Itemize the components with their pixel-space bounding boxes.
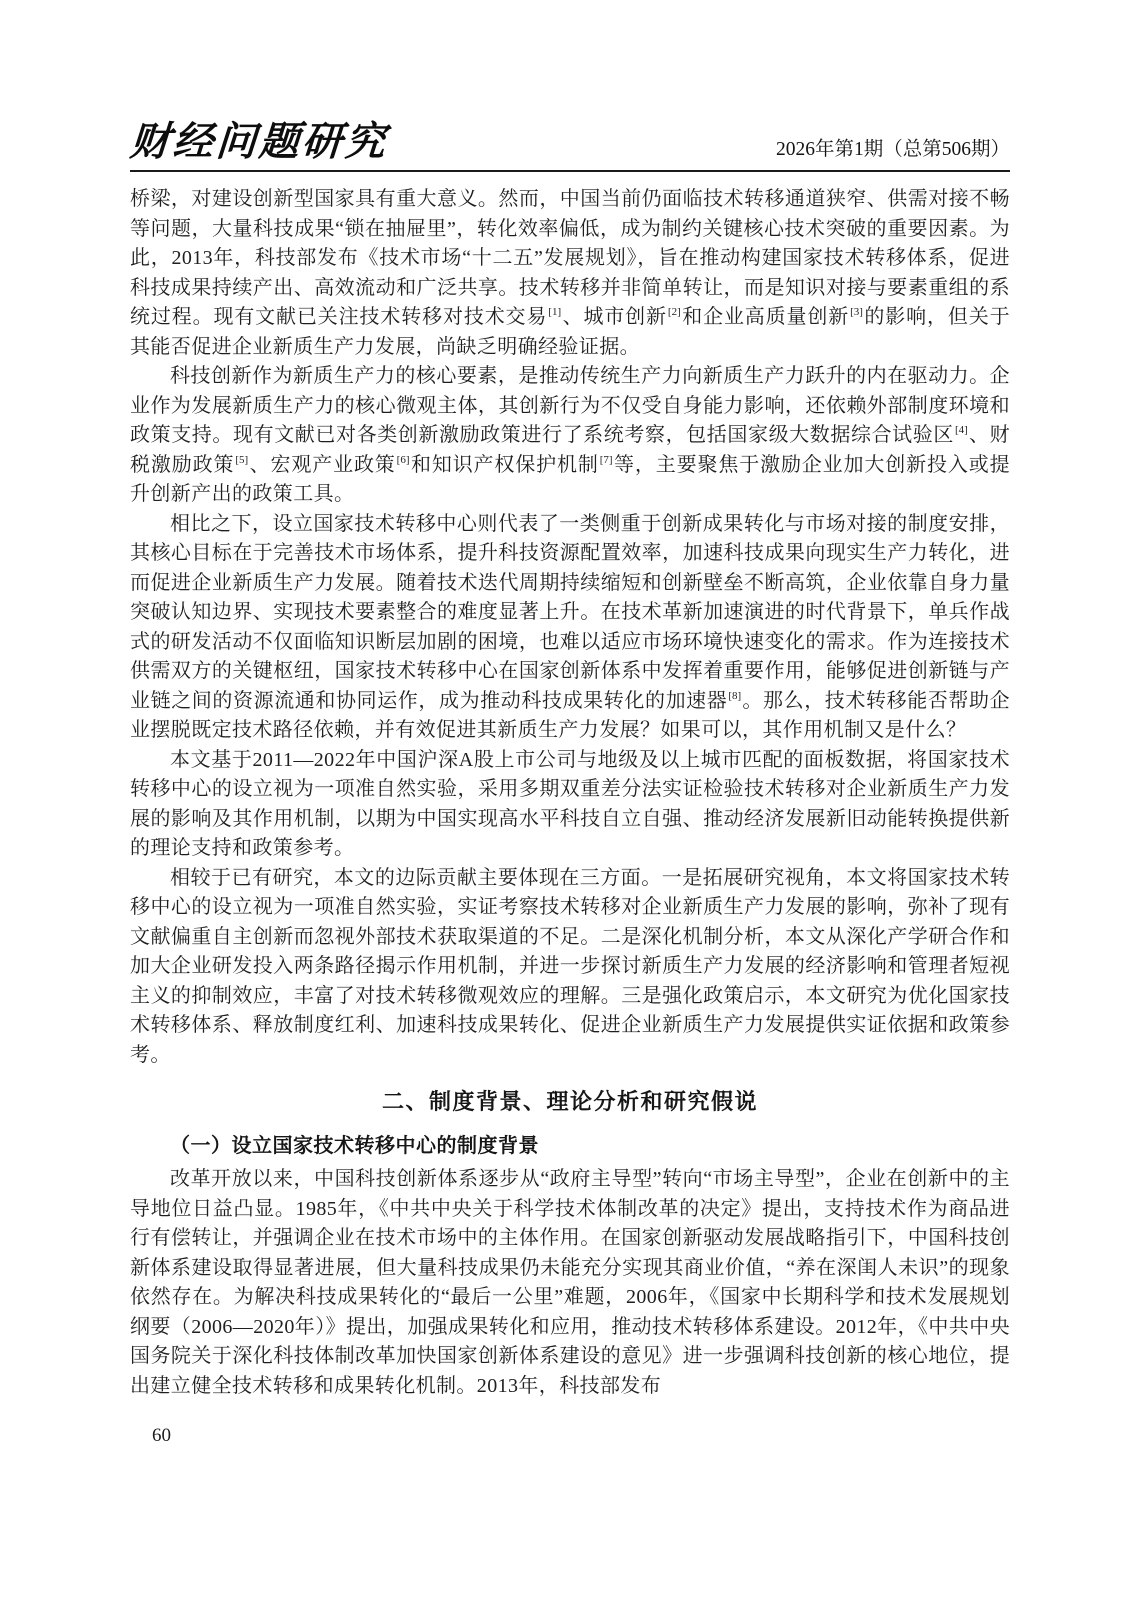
- citation-marker: [2]: [668, 306, 681, 318]
- citation-marker: [3]: [850, 306, 863, 318]
- page-number: 60: [152, 1425, 171, 1447]
- citation-marker: [7]: [600, 454, 613, 466]
- page-content: 财经问题研究 2026年第1期（总第506期） 桥梁，对建设创新型国家具有重大意…: [130, 0, 1010, 1401]
- citation-marker: [8]: [728, 690, 741, 702]
- issue-info: 2026年第1期（总第506期）: [776, 133, 1010, 162]
- article-body: 桥梁，对建设创新型国家具有重大意义。然而，中国当前仍面临技术转移通道狭窄、供需对…: [130, 185, 1010, 1401]
- journal-logo: 财经问题研究: [129, 122, 390, 162]
- subsection-heading: （一）设立国家技术转移中心的制度背景: [130, 1132, 1010, 1162]
- citation-marker: [1]: [548, 306, 561, 318]
- document-page: 财经问题研究 2026年第1期（总第506期） 桥梁，对建设创新型国家具有重大意…: [0, 0, 1140, 1600]
- page-header: 财经问题研究 2026年第1期（总第506期）: [130, 0, 1010, 162]
- paragraph: 相比之下，设立国家技术转移中心则代表了一类侧重于创新成果转化与市场对接的制度安排…: [130, 510, 1010, 746]
- paragraph: 本文基于2011—2022年中国沪深A股上市公司与地级及以上城市匹配的面板数据，…: [130, 746, 1010, 864]
- paragraph: 改革开放以来，中国科技创新体系逐步从“政府主导型”转向“市场主导型”，企业在创新…: [130, 1165, 1010, 1401]
- section-heading: 二、制度背景、理论分析和研究假说: [130, 1087, 1010, 1117]
- citation-marker: [6]: [397, 454, 410, 466]
- header-rule: [130, 170, 1010, 172]
- citation-marker: [4]: [955, 424, 968, 436]
- citation-marker: [5]: [235, 454, 248, 466]
- paragraph: 相较于已有研究，本文的边际贡献主要体现在三方面。一是拓展研究视角，本文将国家技术…: [130, 864, 1010, 1071]
- paragraph: 桥梁，对建设创新型国家具有重大意义。然而，中国当前仍面临技术转移通道狭窄、供需对…: [130, 185, 1010, 362]
- paragraph: 科技创新作为新质生产力的核心要素，是推动传统生产力向新质生产力跃升的内在驱动力。…: [130, 362, 1010, 510]
